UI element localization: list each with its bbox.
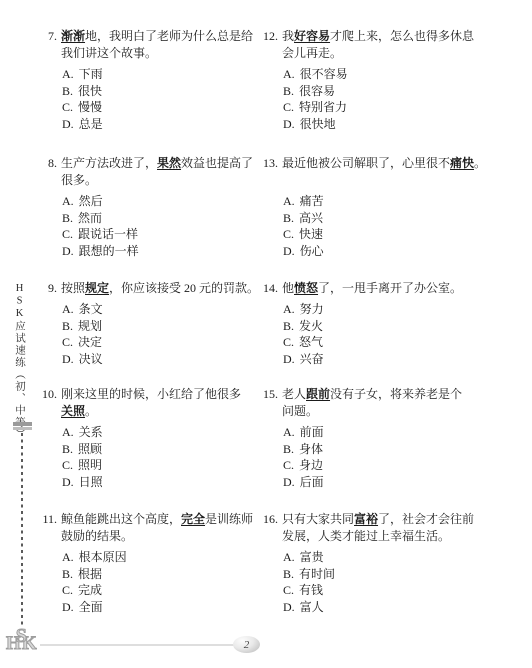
- option-C: C.慢慢: [62, 99, 256, 116]
- option-A: A.富贵: [283, 549, 509, 566]
- option-label: D.: [283, 474, 295, 491]
- option-C: C.完成: [62, 582, 256, 599]
- question-body: 16.只有大家共同富裕了，社会才会往前发展，人类才能过上幸福生活。: [261, 511, 509, 545]
- question-text: 刚来这里的时候，小红给了他很多关照。: [61, 386, 241, 420]
- options-list: A.富贵B.有时间C.有钱D.富人: [283, 549, 509, 615]
- option-B: B.有时间: [283, 566, 509, 583]
- option-A: A.前面: [283, 424, 509, 441]
- options-list: A.关系B.照顾C.照明D.日照: [62, 424, 256, 490]
- question-text: 只有大家共同富裕了，社会才会往前发展，人类才能过上幸福生活。: [282, 511, 474, 545]
- question-text-line: 生产方法改进了，果然效益也提高了: [61, 155, 253, 172]
- question-text-line: 渐渐地，我明白了老师为什么总是给: [61, 28, 253, 45]
- question-text-segment: 了，社会才会往前: [378, 512, 474, 526]
- options-list: A.前面B.身体C.身边D.后面: [283, 424, 509, 490]
- option-label: C.: [62, 582, 73, 599]
- option-B: B.高兴: [283, 210, 509, 227]
- questions-column-right: 12.我好容易才爬上来，怎么也得多休息会儿再走。A.很不容易B.很容易C.特别省…: [261, 0, 509, 630]
- option-text: 伤心: [300, 243, 324, 260]
- question-12: 12.我好容易才爬上来，怎么也得多休息会儿再走。A.很不容易B.很容易C.特别省…: [261, 28, 509, 132]
- question-text-line: 鲸鱼能跳出这个高度，完全是训练师: [61, 511, 253, 528]
- sidebar-vertical-title: HSK应试速练（初、中等）: [12, 283, 27, 443]
- question-15: 15.老人跟前没有子女，将来养老是个问题。A.前面B.身体C.身边D.后面: [261, 386, 509, 490]
- question-text-line: 按照规定，你应该接受 20 元的罚款。: [61, 280, 259, 297]
- question-text-line: 我们讲这个故事。: [61, 45, 253, 62]
- question-text-segment: 效益也提高了: [181, 156, 253, 170]
- option-label: A.: [283, 301, 295, 318]
- option-text: 总是: [79, 116, 103, 133]
- option-text: 身体: [299, 441, 323, 458]
- option-C: C.快速: [283, 226, 509, 243]
- option-label: A.: [283, 549, 295, 566]
- option-text: 全面: [79, 599, 103, 616]
- option-text: 慢慢: [78, 99, 102, 116]
- question-text: 鲸鱼能跳出这个高度，完全是训练师鼓励的结果。: [61, 511, 253, 545]
- option-label: D.: [62, 599, 74, 616]
- underlined-key-word: 富裕: [354, 512, 378, 526]
- question-number: 16.: [261, 511, 278, 528]
- option-B: B.照顾: [62, 441, 256, 458]
- question-16: 16.只有大家共同富裕了，社会才会往前发展，人类才能过上幸福生活。A.富贵B.有…: [261, 511, 509, 615]
- question-text-segment: 我们讲这个故事。: [61, 46, 157, 60]
- underlined-key-word: 规定: [85, 281, 109, 295]
- question-body: 14.他愤怒了，一甩手离开了办公室。: [261, 280, 509, 297]
- question-body: 13.最近他被公司解职了，心里很不痛快。: [261, 155, 509, 172]
- page-number: 2: [244, 639, 250, 651]
- option-A: A.根本原因: [62, 549, 256, 566]
- option-text: 发火: [299, 318, 323, 335]
- option-text: 关系: [79, 424, 103, 441]
- option-label: B.: [283, 210, 294, 227]
- question-text-segment: 没有子女，将来养老是个: [330, 387, 462, 401]
- option-B: B.根据: [62, 566, 256, 583]
- option-C: C.身边: [283, 457, 509, 474]
- option-label: A.: [62, 549, 74, 566]
- option-C: C.怒气: [283, 334, 509, 351]
- question-text-line: 问题。: [282, 403, 462, 420]
- option-label: B.: [62, 441, 73, 458]
- option-text: 完成: [78, 582, 102, 599]
- question-body: 7.渐渐地，我明白了老师为什么总是给我们讲这个故事。: [40, 28, 256, 62]
- underlined-key-word: 渐渐: [61, 29, 85, 43]
- option-label: A.: [62, 193, 74, 210]
- question-text-line: 老人跟前没有子女，将来养老是个: [282, 386, 462, 403]
- option-text: 根据: [78, 566, 102, 583]
- question-text-segment: 刚来这里的时候，小红给了他很多: [61, 387, 241, 401]
- question-text-segment: ，你应该接受 20 元的罚款。: [109, 281, 259, 295]
- option-A: A.痛苦: [283, 193, 509, 210]
- option-text: 跟想的一样: [79, 243, 139, 260]
- option-D: D.后面: [283, 474, 509, 491]
- option-text: 很快地: [300, 116, 336, 133]
- question-body: 9.按照规定，你应该接受 20 元的罚款。: [40, 280, 256, 297]
- underlined-key-word: 完全: [181, 512, 205, 526]
- question-text-segment: 鲸鱼能跳出这个高度，: [61, 512, 181, 526]
- option-C: C.照明: [62, 457, 256, 474]
- option-text: 日照: [79, 474, 103, 491]
- question-body: 12.我好容易才爬上来，怎么也得多休息会儿再走。: [261, 28, 509, 62]
- question-text: 他愤怒了，一甩手离开了办公室。: [282, 280, 462, 297]
- option-B: B.身体: [283, 441, 509, 458]
- question-text: 最近他被公司解职了，心里很不痛快。: [282, 155, 486, 172]
- question-number: 12.: [261, 28, 278, 45]
- option-label: B.: [283, 83, 294, 100]
- question-text: 生产方法改进了，果然效益也提高了很多。: [61, 155, 253, 189]
- option-B: B.规划: [62, 318, 256, 335]
- question-number: 7.: [40, 28, 57, 45]
- underlined-key-word: 痛快: [450, 156, 474, 170]
- question-text-line: 会儿再走。: [282, 45, 474, 62]
- options-list: A.痛苦B.高兴C.快速D.伤心: [283, 193, 509, 259]
- option-text: 兴奋: [300, 351, 324, 368]
- option-A: A.努力: [283, 301, 509, 318]
- option-label: B.: [283, 441, 294, 458]
- option-text: 前面: [300, 424, 324, 441]
- question-text-segment: 问题。: [282, 404, 318, 418]
- question-text-line: 很多。: [61, 172, 253, 189]
- option-text: 跟说话一样: [78, 226, 138, 243]
- options-list: A.努力B.发火C.怒气D.兴奋: [283, 301, 509, 367]
- question-10: 10.刚来这里的时候，小红给了他很多关照。A.关系B.照顾C.照明D.日照: [40, 386, 256, 490]
- option-label: B.: [283, 318, 294, 335]
- question-number: 10.: [40, 386, 57, 403]
- option-D: D.决议: [62, 351, 256, 368]
- option-text: 快速: [299, 226, 323, 243]
- question-text: 按照规定，你应该接受 20 元的罚款。: [61, 280, 259, 297]
- underlined-key-word: 愤怒: [294, 281, 318, 295]
- question-text-segment: 只有大家共同: [282, 512, 354, 526]
- question-text-segment: 最近他被公司解职了，心里很不: [282, 156, 450, 170]
- option-label: D.: [283, 351, 295, 368]
- option-text: 很快: [78, 83, 102, 100]
- question-body: 15.老人跟前没有子女，将来养老是个问题。: [261, 386, 509, 420]
- option-label: A.: [62, 301, 74, 318]
- option-text: 决定: [78, 334, 102, 351]
- sidebar-dashed-line: [21, 433, 23, 625]
- question-text-segment: 是训练师: [205, 512, 253, 526]
- hsk-logo-letter-s: S: [16, 625, 27, 647]
- question-text-segment: 地，我明白了老师为什么总是给: [85, 29, 253, 43]
- option-D: D.很快地: [283, 116, 509, 133]
- option-B: B.然而: [62, 210, 256, 227]
- option-A: A.然后: [62, 193, 256, 210]
- options-list: A.条文B.规划C.决定D.决议: [62, 301, 256, 367]
- option-D: D.跟想的一样: [62, 243, 256, 260]
- question-text-segment: 按照: [61, 281, 85, 295]
- question-8: 8.生产方法改进了，果然效益也提高了很多。A.然后B.然而C.跟说话一样D.跟想…: [40, 155, 256, 259]
- option-label: A.: [62, 424, 74, 441]
- option-label: A.: [283, 193, 295, 210]
- question-text-segment: 。: [85, 404, 97, 418]
- option-A: A.条文: [62, 301, 256, 318]
- question-text-segment: 鼓励的结果。: [61, 529, 133, 543]
- option-B: B.很快: [62, 83, 256, 100]
- option-D: D.伤心: [283, 243, 509, 260]
- option-C: C.有钱: [283, 582, 509, 599]
- option-text: 然后: [79, 193, 103, 210]
- question-text-line: 我好容易才爬上来，怎么也得多休息: [282, 28, 474, 45]
- option-label: D.: [62, 243, 74, 260]
- option-label: A.: [62, 66, 74, 83]
- option-D: D.全面: [62, 599, 256, 616]
- question-text-line: 鼓励的结果。: [61, 528, 253, 545]
- question-9: 9.按照规定，你应该接受 20 元的罚款。A.条文B.规划C.决定D.决议: [40, 280, 256, 367]
- question-14: 14.他愤怒了，一甩手离开了办公室。A.努力B.发火C.怒气D.兴奋: [261, 280, 509, 367]
- question-text-segment: 发展，人类才能过上幸福生活。: [282, 529, 450, 543]
- underlined-key-word: 果然: [157, 156, 181, 170]
- option-label: D.: [283, 116, 295, 133]
- question-text-line: 最近他被公司解职了，心里很不痛快。: [282, 155, 486, 172]
- option-label: D.: [283, 243, 295, 260]
- question-11: 11.鲸鱼能跳出这个高度，完全是训练师鼓励的结果。A.根本原因B.根据C.完成D…: [40, 511, 256, 615]
- hsk-logo: HSK: [6, 632, 37, 655]
- option-text: 很容易: [299, 83, 335, 100]
- option-C: C.决定: [62, 334, 256, 351]
- question-number: 14.: [261, 280, 278, 297]
- option-text: 然而: [78, 210, 102, 227]
- option-text: 规划: [78, 318, 102, 335]
- question-text-segment: 他: [282, 281, 294, 295]
- sidebar-bar-top: [13, 422, 32, 426]
- sidebar-bar-bottom: [13, 427, 32, 430]
- option-label: D.: [62, 116, 74, 133]
- question-text-segment: 老人: [282, 387, 306, 401]
- option-text: 高兴: [299, 210, 323, 227]
- question-text-segment: 了，一甩手离开了办公室。: [318, 281, 462, 295]
- option-text: 照顾: [78, 441, 102, 458]
- option-text: 富人: [300, 599, 324, 616]
- question-7: 7.渐渐地，我明白了老师为什么总是给我们讲这个故事。A.下雨B.很快C.慢慢D.…: [40, 28, 256, 132]
- option-A: A.关系: [62, 424, 256, 441]
- questions-column-left: 7.渐渐地，我明白了老师为什么总是给我们讲这个故事。A.下雨B.很快C.慢慢D.…: [40, 0, 256, 630]
- option-label: C.: [283, 457, 294, 474]
- option-text: 很不容易: [300, 66, 348, 83]
- option-D: D.富人: [283, 599, 509, 616]
- option-text: 富贵: [300, 549, 324, 566]
- question-text-line: 关照。: [61, 403, 241, 420]
- question-text: 我好容易才爬上来，怎么也得多休息会儿再走。: [282, 28, 474, 62]
- underlined-key-word: 好容易: [294, 29, 330, 43]
- sidebar-divider-bars: [13, 422, 32, 430]
- option-A: A.很不容易: [283, 66, 509, 83]
- option-text: 决议: [79, 351, 103, 368]
- question-text-segment: 。: [474, 156, 486, 170]
- option-label: C.: [283, 334, 294, 351]
- options-list: A.根本原因B.根据C.完成D.全面: [62, 549, 256, 615]
- option-label: C.: [283, 99, 294, 116]
- question-text-segment: 才爬上来，怎么也得多休息: [330, 29, 474, 43]
- question-13: 13.最近他被公司解职了，心里很不痛快。A.痛苦B.高兴C.快速D.伤心: [261, 155, 509, 259]
- footer-rule-line: [40, 644, 234, 646]
- option-label: C.: [62, 99, 73, 116]
- options-list: A.然后B.然而C.跟说话一样D.跟想的一样: [62, 193, 256, 259]
- option-label: D.: [283, 599, 295, 616]
- option-C: C.跟说话一样: [62, 226, 256, 243]
- question-text: 渐渐地，我明白了老师为什么总是给我们讲这个故事。: [61, 28, 253, 62]
- option-text: 怒气: [299, 334, 323, 351]
- option-label: B.: [62, 210, 73, 227]
- question-text-segment: 会儿再走。: [282, 46, 342, 60]
- question-body: 11.鲸鱼能跳出这个高度，完全是训练师鼓励的结果。: [40, 511, 256, 545]
- option-label: B.: [283, 566, 294, 583]
- option-text: 后面: [300, 474, 324, 491]
- question-text-segment: 生产方法改进了，: [61, 156, 157, 170]
- option-text: 身边: [299, 457, 323, 474]
- option-text: 条文: [79, 301, 103, 318]
- option-label: C.: [62, 226, 73, 243]
- option-label: B.: [62, 318, 73, 335]
- question-number: 15.: [261, 386, 278, 403]
- test-page: HSK应试速练（初、中等） HSK 7.渐渐地，我明白了老师为什么总是给我们讲这…: [0, 0, 532, 668]
- option-A: A.下雨: [62, 66, 256, 83]
- question-number: 9.: [40, 280, 57, 297]
- options-list: A.下雨B.很快C.慢慢D.总是: [62, 66, 256, 132]
- option-text: 有时间: [299, 566, 335, 583]
- option-text: 痛苦: [300, 193, 324, 210]
- option-label: C.: [62, 457, 73, 474]
- question-number: 13.: [261, 155, 278, 172]
- question-text-line: 他愤怒了，一甩手离开了办公室。: [282, 280, 462, 297]
- option-label: A.: [283, 424, 295, 441]
- option-label: C.: [283, 226, 294, 243]
- question-body: 8.生产方法改进了，果然效益也提高了很多。: [40, 155, 256, 189]
- option-label: B.: [62, 83, 73, 100]
- option-B: B.发火: [283, 318, 509, 335]
- underlined-key-word: 跟前: [306, 387, 330, 401]
- question-text-segment: 我: [282, 29, 294, 43]
- option-label: B.: [62, 566, 73, 583]
- option-text: 特别省力: [299, 99, 347, 116]
- option-text: 努力: [300, 301, 324, 318]
- question-body: 10.刚来这里的时候，小红给了他很多关照。: [40, 386, 256, 420]
- page-number-badge: 2: [233, 636, 260, 653]
- option-label: A.: [283, 66, 295, 83]
- option-label: D.: [62, 351, 74, 368]
- option-D: D.兴奋: [283, 351, 509, 368]
- question-number: 8.: [40, 155, 57, 172]
- question-text-line: 只有大家共同富裕了，社会才会往前: [282, 511, 474, 528]
- option-D: D.总是: [62, 116, 256, 133]
- question-text-segment: 很多。: [61, 173, 97, 187]
- option-label: C.: [283, 582, 294, 599]
- option-text: 根本原因: [79, 549, 127, 566]
- option-C: C.特别省力: [283, 99, 509, 116]
- option-text: 有钱: [299, 582, 323, 599]
- option-label: D.: [62, 474, 74, 491]
- option-D: D.日照: [62, 474, 256, 491]
- option-text: 照明: [78, 457, 102, 474]
- option-B: B.很容易: [283, 83, 509, 100]
- question-text-line: 发展，人类才能过上幸福生活。: [282, 528, 474, 545]
- question-number: 11.: [40, 511, 57, 528]
- option-label: C.: [62, 334, 73, 351]
- question-text: 老人跟前没有子女，将来养老是个问题。: [282, 386, 462, 420]
- question-text-line: 刚来这里的时候，小红给了他很多: [61, 386, 241, 403]
- underlined-key-word: 关照: [61, 404, 85, 418]
- options-list: A.很不容易B.很容易C.特别省力D.很快地: [283, 66, 509, 132]
- option-text: 下雨: [79, 66, 103, 83]
